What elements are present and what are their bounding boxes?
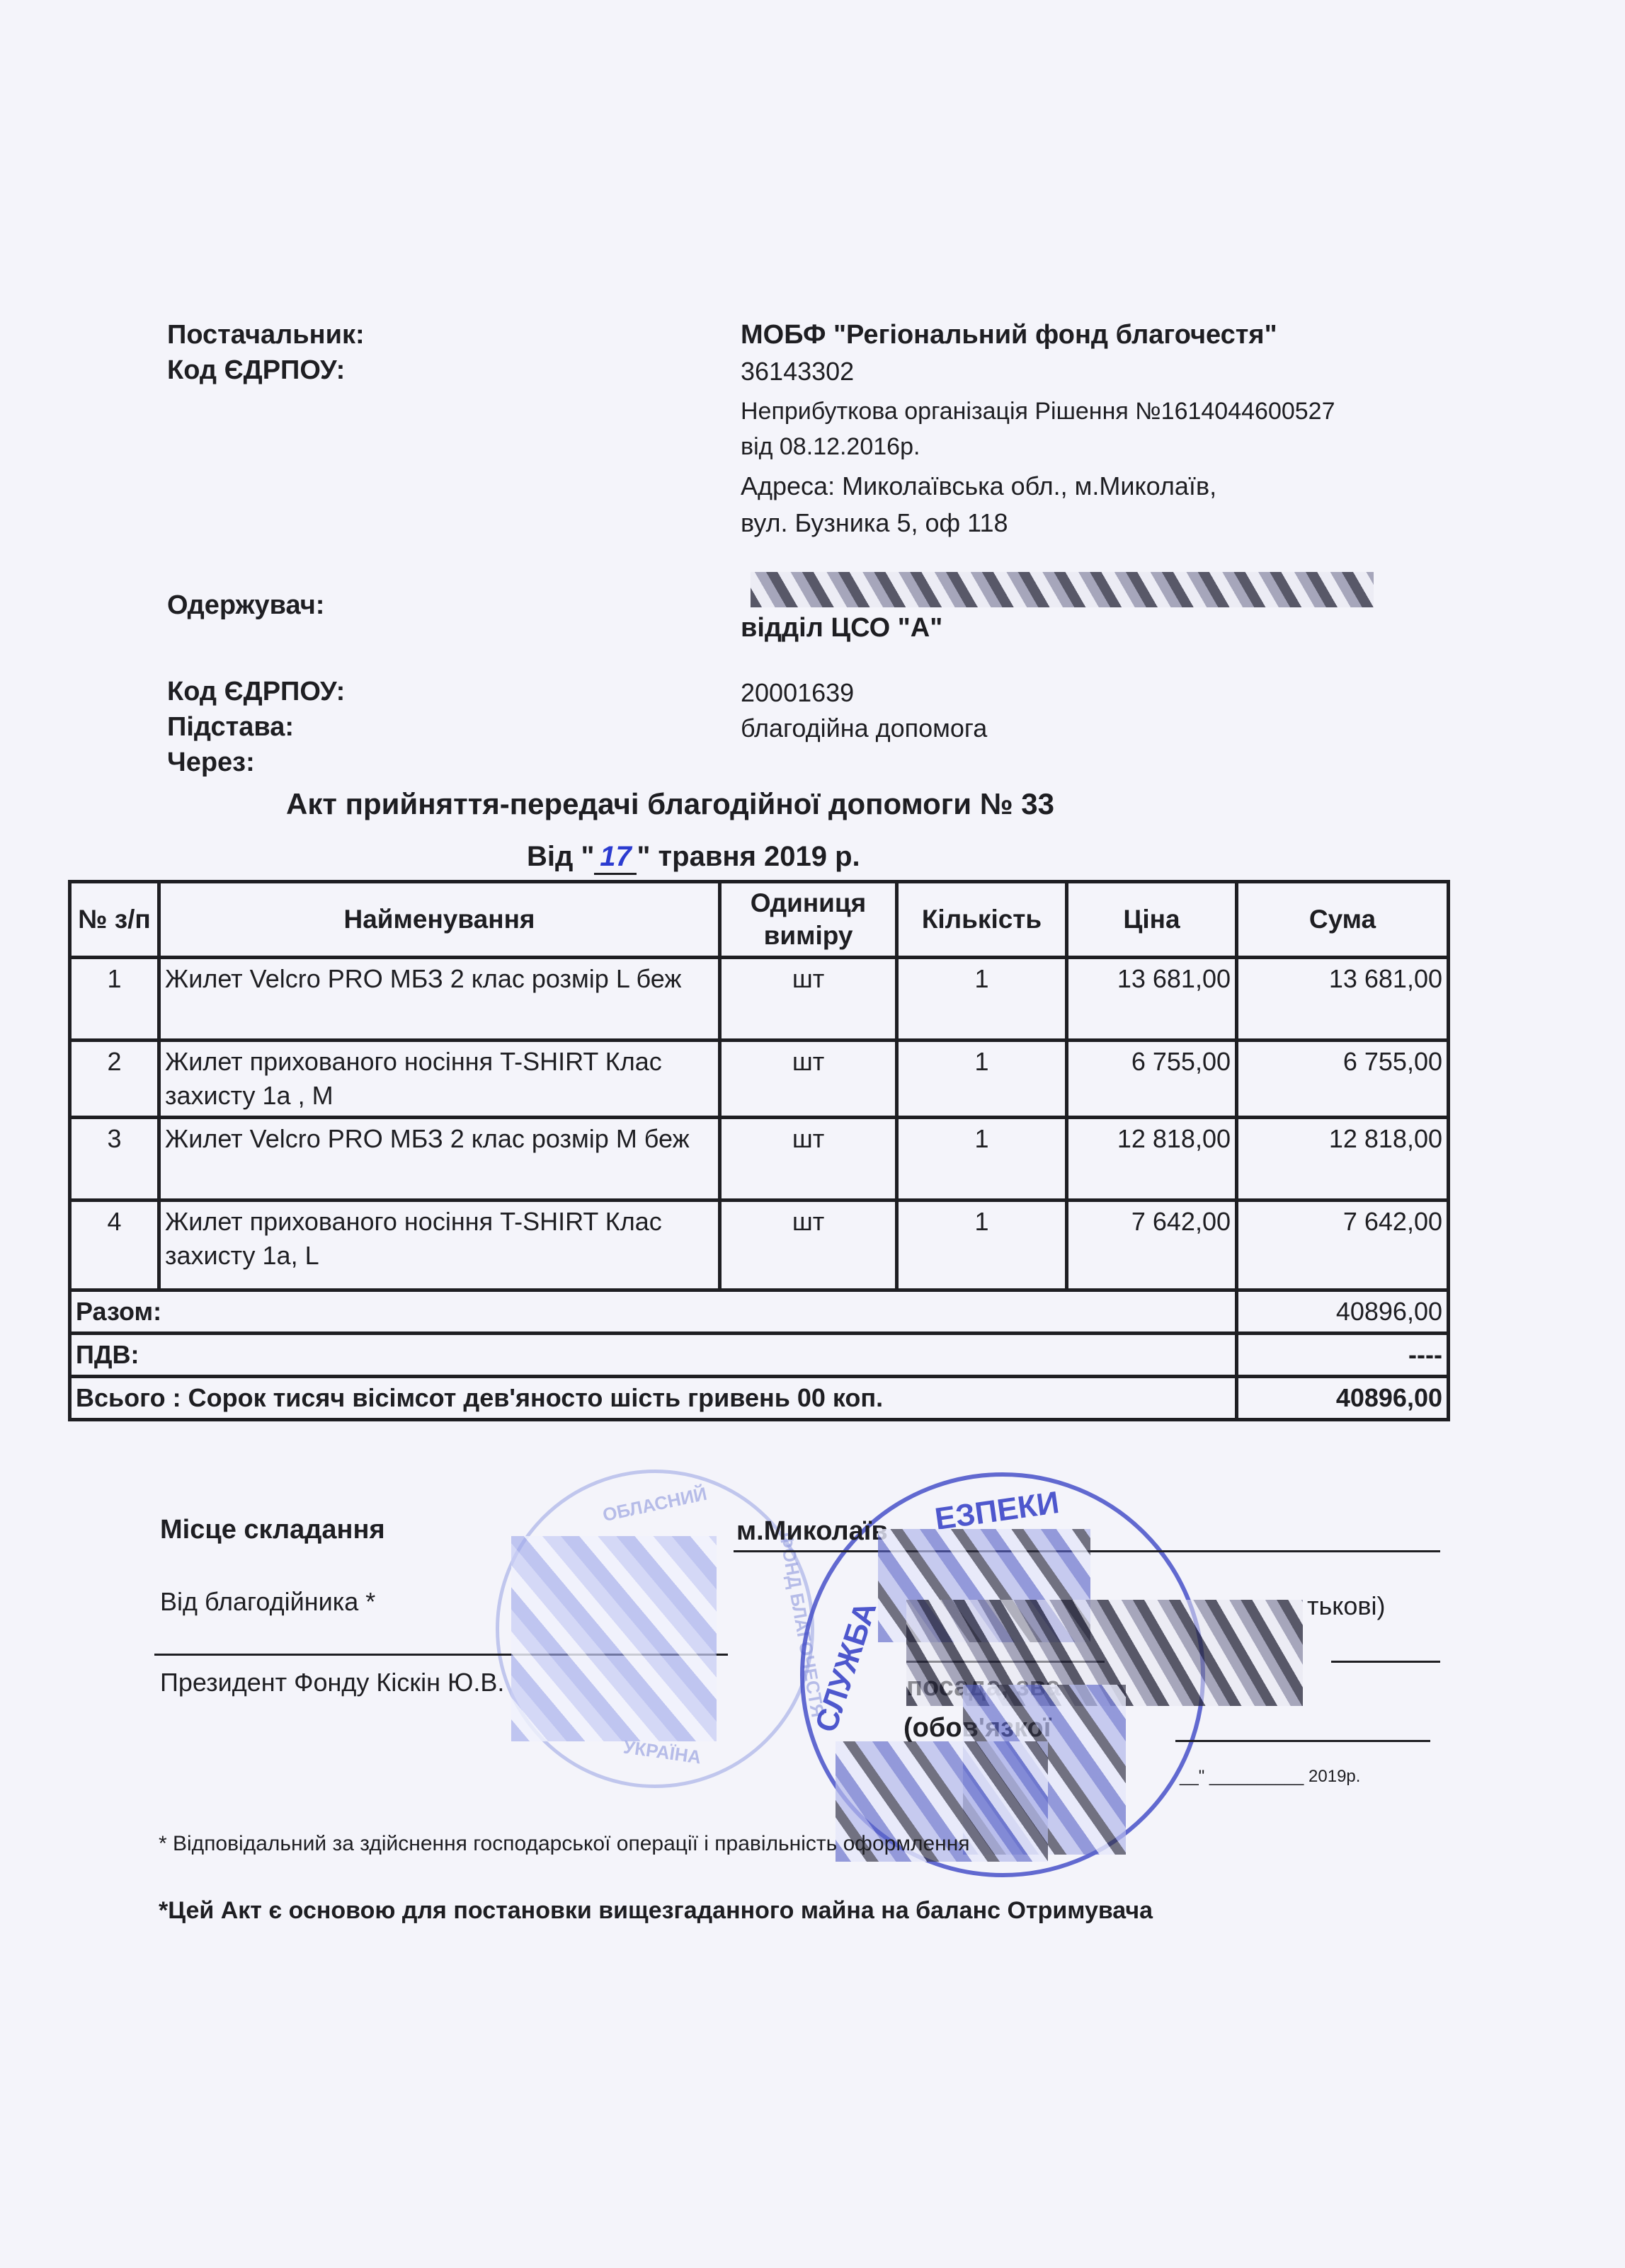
names-suffix: тькові) — [1307, 1591, 1386, 1621]
row-unit: шт — [720, 1118, 897, 1201]
row-price: 7 642,00 — [1067, 1201, 1237, 1290]
row-quantity: 1 — [897, 1201, 1067, 1290]
table-row: 3 Жилет Velcro PRO МБЗ 2 клас розмір M б… — [70, 1118, 1449, 1201]
table-header-row: № з/п Найменування Одиниця виміру Кількі… — [70, 882, 1449, 958]
header-sum: Сума — [1237, 882, 1449, 958]
redacted-recipient-name — [751, 572, 1374, 607]
row-sum: 13 681,00 — [1237, 958, 1449, 1041]
row-unit: шт — [720, 1201, 897, 1290]
signature-date-tail: __" __________ 2019р. — [1180, 1767, 1360, 1787]
supplier-edrpou-label: Код ЄДРПОУ: — [167, 355, 345, 386]
redacted-donor-signature — [511, 1536, 717, 1741]
position-line — [1175, 1740, 1430, 1742]
row-name: Жилет Velcro PRO МБЗ 2 клас розмір M беж — [159, 1118, 720, 1201]
header-name: Найменування — [159, 882, 720, 958]
vat-value: ---- — [1237, 1334, 1449, 1377]
footnote-responsible: * Відповідальний за здійснення господарс… — [159, 1832, 970, 1856]
recipient-department: відділ ЦСО "А" — [741, 613, 942, 643]
row-quantity: 1 — [897, 958, 1067, 1041]
header-unit: Одиниця виміру — [720, 882, 897, 958]
header-price: Ціна — [1067, 882, 1237, 958]
row-price: 13 681,00 — [1067, 958, 1237, 1041]
row-number: 4 — [70, 1201, 159, 1290]
row-quantity: 1 — [897, 1118, 1067, 1201]
recipient-signature-line-right — [1331, 1661, 1440, 1663]
supplier-name: МОБФ "Регіональний фонд благочестя" — [741, 320, 1277, 350]
subtotal-value: 40896,00 — [1237, 1290, 1449, 1334]
row-price: 12 818,00 — [1067, 1118, 1237, 1201]
table-row: 2 Жилет прихованого носіння T-SHIRT Клас… — [70, 1041, 1449, 1118]
row-quantity: 1 — [897, 1041, 1067, 1118]
row-price: 6 755,00 — [1067, 1041, 1237, 1118]
basis-value: благодійна допомога — [741, 714, 987, 743]
row-number: 2 — [70, 1041, 159, 1118]
total-row: Всього : Сорок тисяч вісімсот дев'яносто… — [70, 1377, 1449, 1420]
row-number: 3 — [70, 1118, 159, 1201]
basis-label: Підстава: — [167, 712, 294, 743]
row-unit: шт — [720, 958, 897, 1041]
president-name: Президент Фонду Кіскін Ю.В. — [160, 1668, 504, 1697]
row-sum: 6 755,00 — [1237, 1041, 1449, 1118]
subtotal-label: Разом: — [70, 1290, 1237, 1334]
header-quantity: Кількість — [897, 882, 1067, 958]
supplier-edrpou: 36143302 — [741, 357, 854, 386]
row-number: 1 — [70, 958, 159, 1041]
total-label: Всього : Сорок тисяч вісімсот дев'яносто… — [70, 1377, 1237, 1420]
act-date: Від "17" травня 2019 р. — [527, 841, 860, 875]
supplier-address-line2: вул. Бузника 5, оф 118 — [741, 508, 1008, 538]
row-name: Жилет прихованого носіння T-SHIRT Клас з… — [159, 1201, 720, 1290]
row-sum: 12 818,00 — [1237, 1118, 1449, 1201]
vat-row: ПДВ: ---- — [70, 1334, 1449, 1377]
date-suffix: " травня 2019 р. — [637, 841, 860, 872]
row-name: Жилет прихованого носіння T-SHIRT Клас з… — [159, 1041, 720, 1118]
items-table-container: № з/п Найменування Одиниця виміру Кількі… — [68, 880, 1447, 1421]
supplier-label: Постачальник: — [167, 320, 365, 350]
vat-label: ПДВ: — [70, 1334, 1237, 1377]
act-title: Акт прийняття-передачі благодійної допом… — [286, 787, 1054, 821]
supplier-address-line1: Адреса: Миколаївська обл., м.Миколаїв, — [741, 471, 1216, 501]
table-row: 1 Жилет Velcro PRO МБЗ 2 клас розмір L б… — [70, 958, 1449, 1041]
place-value: м.Миколаїв — [736, 1516, 888, 1547]
date-prefix: Від " — [527, 841, 594, 872]
items-table: № з/п Найменування Одиниця виміру Кількі… — [68, 880, 1450, 1421]
table-row: 4 Жилет прихованого носіння T-SHIRT Клас… — [70, 1201, 1449, 1290]
row-name: Жилет Velcro PRO МБЗ 2 клас розмір L беж — [159, 958, 720, 1041]
footnote-basis: *Цей Акт є основою для постановки вищезг… — [159, 1897, 1153, 1925]
total-value: 40896,00 — [1237, 1377, 1449, 1420]
from-donor-label: Від благодійника * — [160, 1587, 375, 1617]
recipient-edrpou: 20001639 — [741, 678, 854, 708]
recipient-label: Одержувач: — [167, 590, 324, 621]
subtotal-row: Разом: 40896,00 — [70, 1290, 1449, 1334]
place-label: Місце складання — [160, 1515, 385, 1545]
row-unit: шт — [720, 1041, 897, 1118]
via-label: Через: — [167, 748, 255, 778]
header-number: № з/п — [70, 882, 159, 958]
row-sum: 7 642,00 — [1237, 1201, 1449, 1290]
date-day-handwritten: 17 — [594, 841, 637, 875]
supplier-note-line2: від 08.12.2016р. — [741, 433, 920, 461]
supplier-note-line1: Неприбуткова організація Рішення №161404… — [741, 398, 1335, 425]
recipient-edrpou-label: Код ЄДРПОУ: — [167, 677, 345, 707]
